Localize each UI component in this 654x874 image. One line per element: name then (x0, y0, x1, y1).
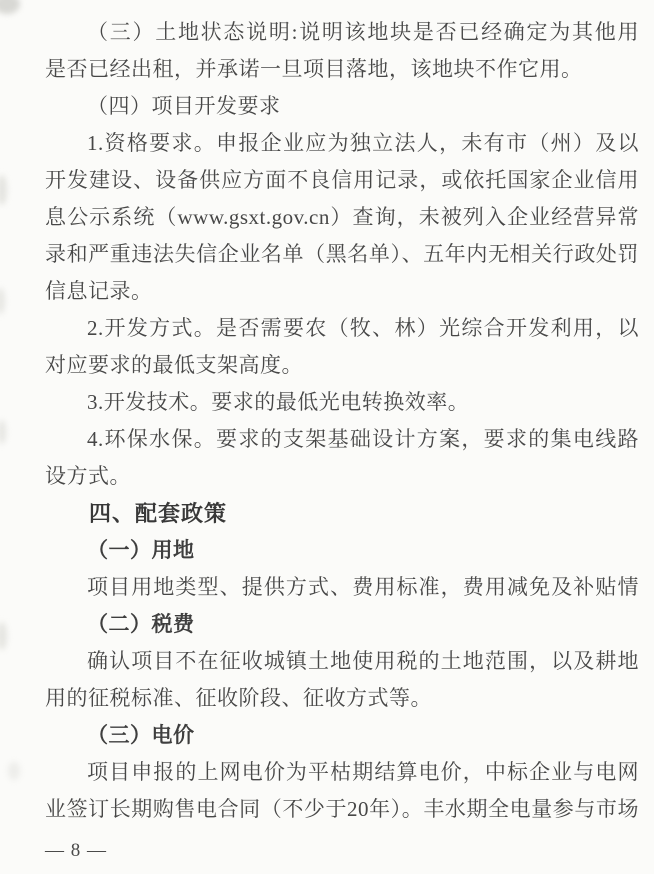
page-number: — 8 — (45, 838, 639, 864)
heading-electricity-price: （三）电价 (45, 717, 639, 754)
line-electricity-price-1: 项目申报的上网电价为平枯期结算电价，中标企业与电网企 (45, 754, 639, 791)
line-land-status-1: （三）土地状态说明:说明该地块是否已经确定为其他用途、 (45, 14, 639, 51)
line-taxes-1: 确认项目不在征收城镇土地使用税的土地范围，以及耕地占 (45, 643, 639, 680)
line-env-protection-1: 4.环保水保。要求的支架基础设计方案，要求的集电线路铺 (45, 421, 639, 458)
line-qualification-4: 录和严重违法失信企业名单（黑名单）、五年内无相关行政处罚 (45, 236, 639, 273)
line-qualification-1: 1.资格要求。申报企业应为独立法人，未有市（州）及以上 (45, 125, 639, 162)
heading-land-use: （一）用地 (45, 532, 639, 569)
line-dev-mode-1: 2.开发方式。是否需要农（牧、林）光综合开发利用，以及 (45, 310, 639, 347)
heading-supporting-policies: 四、配套政策 (45, 495, 639, 532)
line-env-protection-2: 设方式。 (45, 458, 639, 495)
line-taxes-2: 用的征税标准、征收阶段、征收方式等。 (45, 680, 639, 717)
line-dev-tech: 3.开发技术。要求的最低光电转换效率。 (45, 384, 639, 421)
line-dev-mode-2: 对应要求的最低支架高度。 (45, 347, 639, 384)
heading-taxes: （二）税费 (45, 606, 639, 643)
line-qualification-5: 信息记录。 (45, 273, 639, 310)
line-land-status-2: 是否已经出租，并承诺一旦项目落地，该地块不作它用。 (45, 51, 639, 88)
heading-project-dev-requirements: （四）项目开发要求 (45, 88, 639, 125)
line-electricity-price-2: 业签订长期购售电合同（不少于20年）。丰水期全电量参与市场 (45, 791, 639, 828)
line-land-use: 项目用地类型、提供方式、费用标准，费用减免及补贴情况。 (45, 569, 639, 606)
document-page: （三）土地状态说明:说明该地块是否已经确定为其他用途、 是否已经出租，并承诺一旦… (0, 0, 654, 874)
line-qualification-2: 开发建设、设备供应方面不良信用记录，或依托国家企业信用信 (45, 162, 639, 199)
line-qualification-3: 息公示系统（www.gsxt.gov.cn）查询，未被列入企业经营异常名 (45, 199, 639, 236)
